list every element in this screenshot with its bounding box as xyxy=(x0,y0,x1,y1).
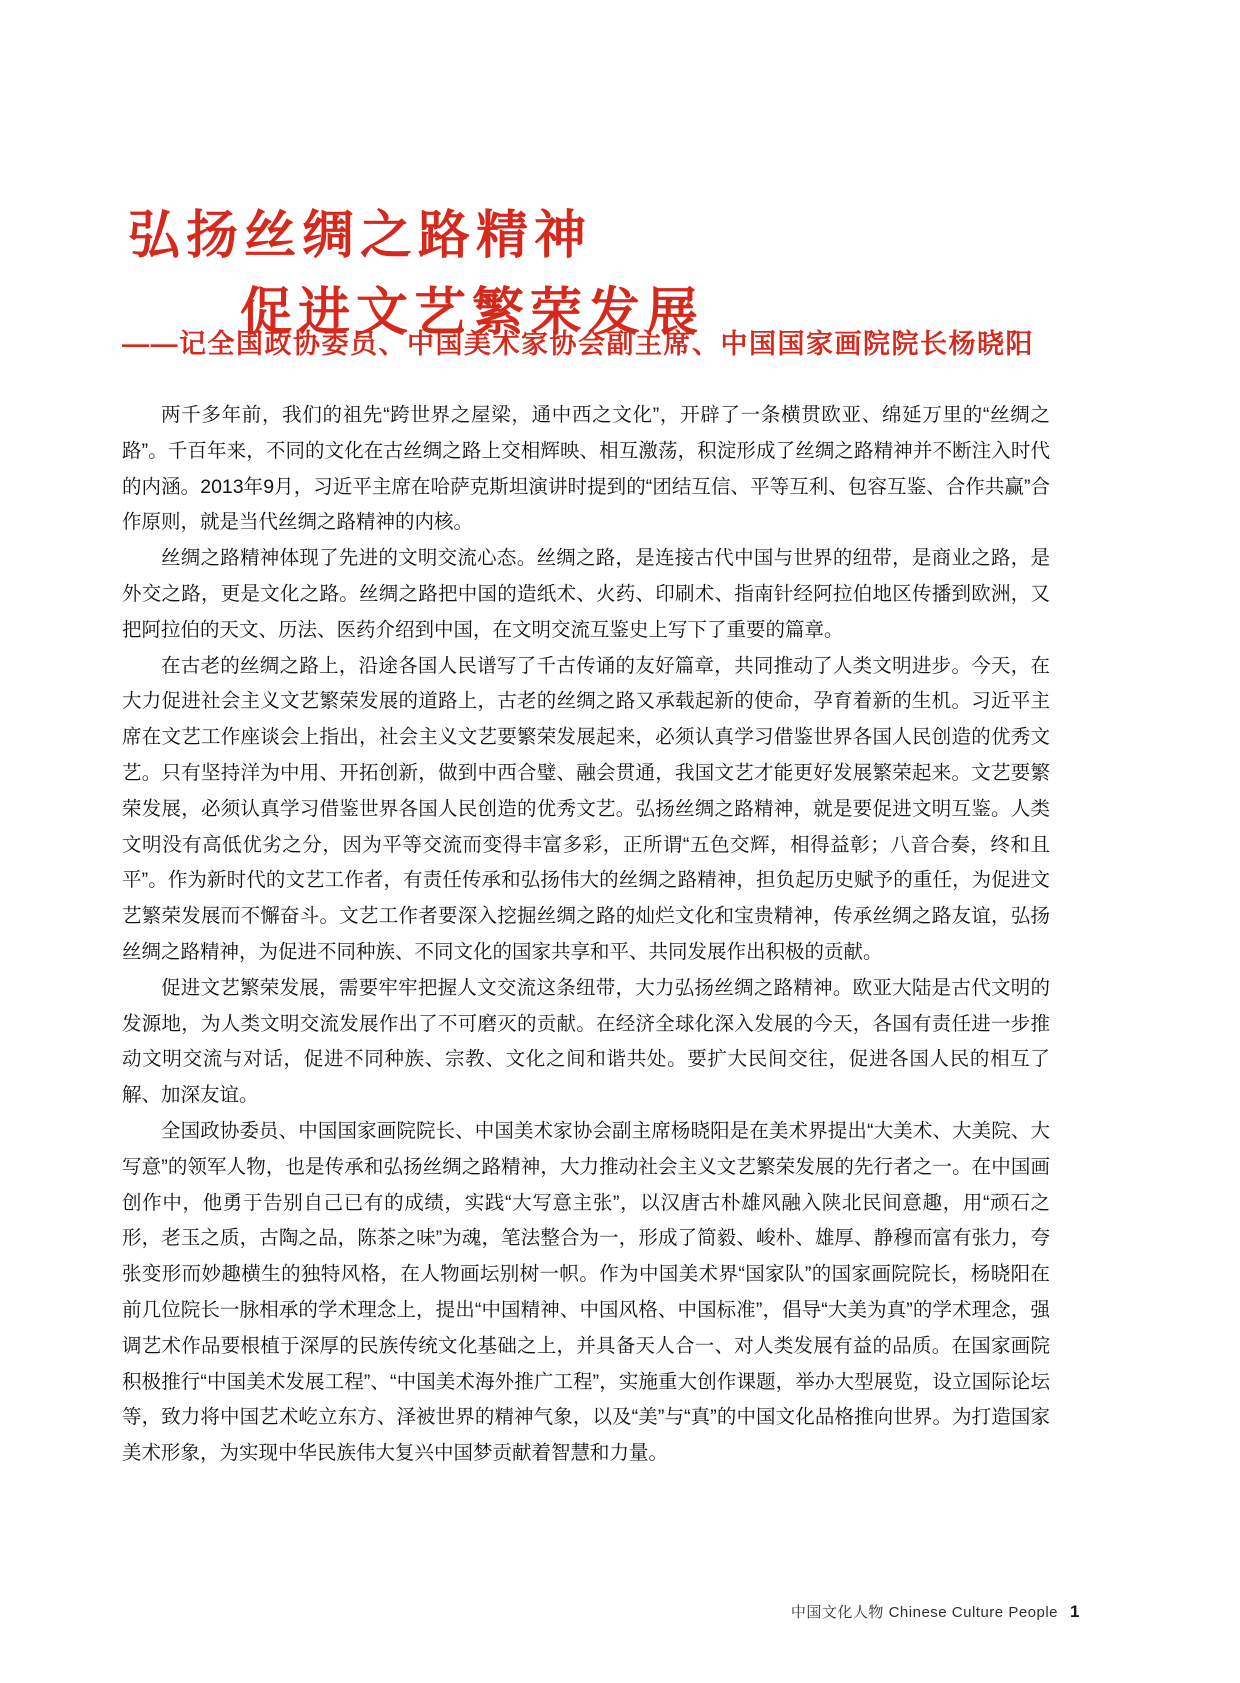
article-paragraph-5: 全国政协委员、中国国家画院院长、中国美术家协会副主席杨晓阳是在美术界提出“大美术… xyxy=(122,1114,1050,1472)
journal-name: 中国文化人物 Chinese Culture People xyxy=(791,1601,1058,1622)
article-subtitle: ——记全国政协委员、中国美术家协会副主席、中国国家画院院长杨晓阳 xyxy=(122,322,1034,361)
magazine-article-page: 弘扬丝绸之路精神 促进文艺繁荣发展 ——记全国政协委员、中国美术家协会副主席、中… xyxy=(0,0,1240,1683)
article-paragraph-4: 促进文艺繁荣发展，需要牢牢把握人文交流这条纽带，大力弘扬丝绸之路精神。欧亚大陆是… xyxy=(122,971,1050,1114)
article-title-line1: 弘扬丝绸之路精神 xyxy=(128,198,704,275)
article-paragraph-3: 在古老的丝绸之路上，沿途各国人民谱写了千古传诵的友好篇章，共同推动了人类文明进步… xyxy=(122,649,1050,971)
article-paragraph-2: 丝绸之路精神体现了先进的文明交流心态。丝绸之路，是连接古代中国与世界的纽带，是商… xyxy=(122,541,1050,648)
page-number: 1 xyxy=(1070,1602,1080,1622)
page-footer: 中国文化人物 Chinese Culture People 1 xyxy=(791,1601,1080,1622)
article-paragraph-1: 两千多年前，我们的祖先“跨世界之屋梁，通中西之文化”，开辟了一条横贯欧亚、绵延万… xyxy=(122,398,1050,541)
article-body: 两千多年前，我们的祖先“跨世界之屋梁，通中西之文化”，开辟了一条横贯欧亚、绵延万… xyxy=(122,398,1050,1472)
